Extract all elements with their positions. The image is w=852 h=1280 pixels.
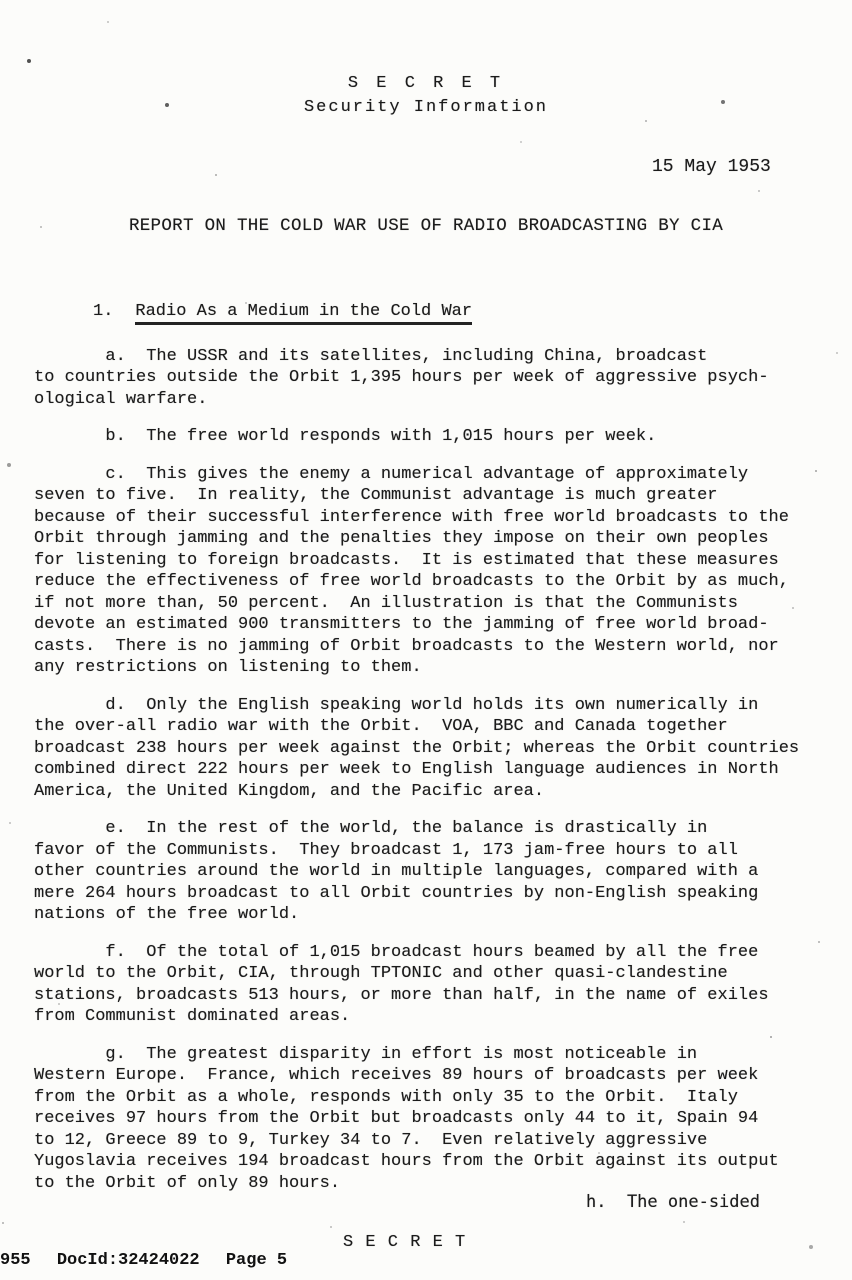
paragraph-h-lead-in: h. The one-sided [34, 1192, 834, 1214]
archive-page-number: Page 5 [226, 1251, 287, 1270]
paragraph-b: b. The free world responds with 1,015 ho… [34, 426, 834, 448]
paragraph-a: a. The USSR and its satellites, includin… [34, 346, 834, 411]
document-title: REPORT ON THE COLD WAR USE OF RADIO BROA… [0, 216, 852, 236]
paragraph-f: f. Of the total of 1,015 broadcast hours… [34, 942, 834, 1028]
paragraph-g: g. The greatest disparity in effort is m… [34, 1044, 834, 1195]
section-number: 1. [93, 302, 113, 321]
archive-prefix: 955 [0, 1251, 31, 1270]
classification-top-label: S E C R E T [0, 72, 852, 96]
security-information-label: Security Information [0, 96, 852, 120]
section-heading-row: 1.Radio As a Medium in the Cold War [34, 301, 834, 323]
scan-noise-specks [0, 0, 2, 2]
document-page: S E C R E T Security Information 15 May … [0, 0, 852, 1280]
archive-footer: 955 DocId:32424022 Page 5 [0, 1251, 303, 1270]
archive-docid: DocId:32424022 [57, 1251, 200, 1270]
paragraph-d: d. Only the English speaking world holds… [34, 695, 834, 803]
classification-footer: S E C R E T [343, 1233, 466, 1252]
paragraph-c: c. This gives the enemy a numerical adva… [34, 464, 834, 679]
document-date: 15 May 1953 [652, 157, 771, 177]
document-body: 1.Radio As a Medium in the Cold War a. T… [34, 301, 834, 1214]
classification-header: S E C R E T Security Information [0, 72, 852, 120]
section-heading: Radio As a Medium in the Cold War [135, 302, 472, 325]
paragraph-e: e. In the rest of the world, the balance… [34, 818, 834, 926]
